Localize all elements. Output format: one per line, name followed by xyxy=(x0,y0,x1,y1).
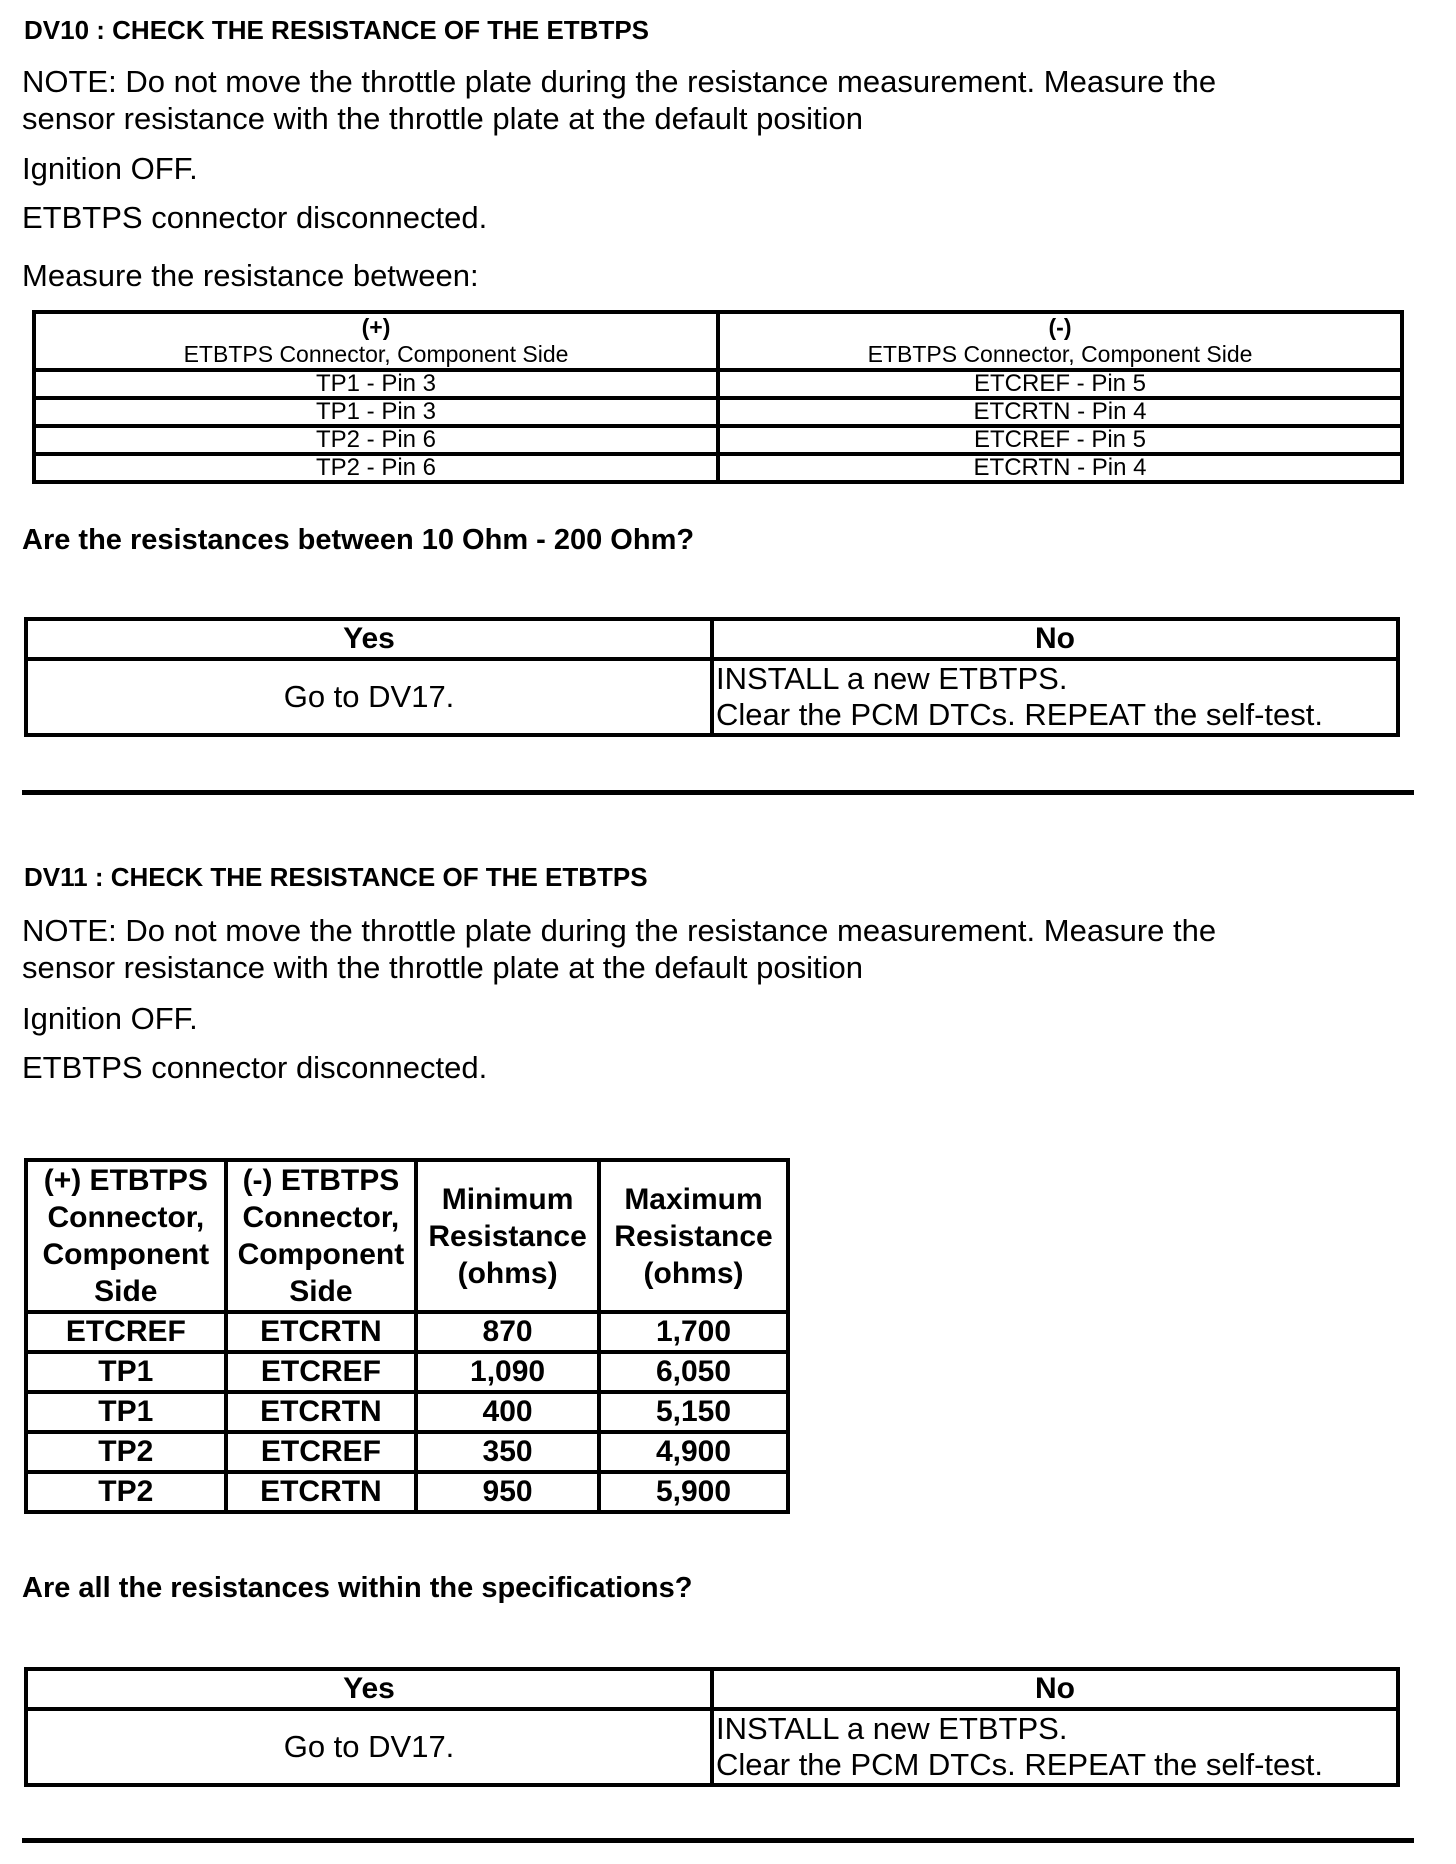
no-action: INSTALL a new ETBTPS. Clear the PCM DTCs… xyxy=(712,659,1398,735)
table-cell: TP2 - Pin 6 xyxy=(34,454,718,482)
negative-lead-header: (-) ETBTPS Connector, Component Side xyxy=(718,312,1402,370)
section-divider xyxy=(22,790,1414,795)
no-header: No xyxy=(712,619,1398,659)
table-row: TP1 - Pin 3 ETCREF - Pin 5 xyxy=(34,370,1402,398)
table-cell: ETCREF xyxy=(26,1312,226,1352)
table-cell: 950 xyxy=(416,1472,599,1512)
dv11-ignition-text: Ignition OFF. xyxy=(22,1000,198,1037)
header-line: Resistance xyxy=(602,1218,785,1255)
table-row: TP2 - Pin 6 ETCRTN - Pin 4 xyxy=(34,454,1402,482)
table-cell: ETCREF - Pin 5 xyxy=(718,370,1402,398)
table-row: ETCREF ETCRTN 870 1,700 xyxy=(26,1312,788,1352)
no-action-line1: INSTALL a new ETBTPS. xyxy=(716,661,1396,697)
dv11-connector-text: ETBTPS connector disconnected. xyxy=(22,1049,487,1086)
negative-sign: (-) xyxy=(720,314,1400,341)
yes-action: Go to DV17. xyxy=(26,1709,712,1785)
header-line: Component xyxy=(29,1236,223,1273)
table-cell: 350 xyxy=(416,1432,599,1472)
table-cell: TP1 xyxy=(26,1352,226,1392)
table-cell: ETCRTN xyxy=(226,1472,417,1512)
table-cell: 870 xyxy=(416,1312,599,1352)
header-line: Side xyxy=(29,1273,223,1310)
header-line: Connector, xyxy=(229,1199,414,1236)
no-action: INSTALL a new ETBTPS. Clear the PCM DTCs… xyxy=(712,1709,1398,1785)
dv11-note-line2: sensor resistance with the throttle plat… xyxy=(22,949,863,986)
dv11-heading: DV11 : CHECK THE RESISTANCE OF THE ETBTP… xyxy=(24,862,648,893)
no-action-line2: Clear the PCM DTCs. REPEAT the self-test… xyxy=(716,697,1396,733)
dv10-measure-text: Measure the resistance between: xyxy=(22,257,479,294)
dv10-ignition-text: Ignition OFF. xyxy=(22,150,198,187)
table-cell: ETCRTN xyxy=(226,1392,417,1432)
table-cell: TP1 - Pin 3 xyxy=(34,370,718,398)
header-line: Resistance xyxy=(419,1218,596,1255)
table-header-row: (+) ETBTPS Connector, Component Side (-)… xyxy=(26,1160,788,1312)
minimum-resistance-header: Minimum Resistance (ohms) xyxy=(416,1160,599,1312)
table-cell: ETCRTN - Pin 4 xyxy=(718,454,1402,482)
header-line: Side xyxy=(229,1273,414,1310)
header-line: Maximum xyxy=(602,1181,785,1218)
header-label: ETBTPS Connector, Component Side xyxy=(868,341,1253,367)
section-divider xyxy=(22,1838,1414,1843)
table-cell: 1,700 xyxy=(599,1312,788,1352)
table-row: TP1 ETCRTN 400 5,150 xyxy=(26,1392,788,1432)
table-cell: 5,150 xyxy=(599,1392,788,1432)
table-cell: ETCREF xyxy=(226,1352,417,1392)
header-line: (-) ETBTPS xyxy=(229,1162,414,1199)
dv10-note-line1: NOTE: Do not move the throttle plate dur… xyxy=(22,63,1216,100)
dv10-connector-text: ETBTPS connector disconnected. xyxy=(22,199,487,236)
header-line: (ohms) xyxy=(602,1255,785,1292)
dv10-measurement-table: (+) ETBTPS Connector, Component Side (-)… xyxy=(32,310,1404,484)
header-label: ETBTPS Connector, Component Side xyxy=(184,341,569,367)
yes-action: Go to DV17. xyxy=(26,659,712,735)
no-header: No xyxy=(712,1669,1398,1709)
table-row: Go to DV17. INSTALL a new ETBTPS. Clear … xyxy=(26,1709,1398,1785)
table-cell: TP2 xyxy=(26,1472,226,1512)
table-cell: 4,900 xyxy=(599,1432,788,1472)
table-cell: ETCREF xyxy=(226,1432,417,1472)
table-cell: ETCRTN - Pin 4 xyxy=(718,398,1402,426)
table-cell: ETCREF - Pin 5 xyxy=(718,426,1402,454)
dv11-decision-table: Yes No Go to DV17. INSTALL a new ETBTPS.… xyxy=(24,1667,1400,1787)
positive-lead-header: (+) ETBTPS Connector, Component Side xyxy=(26,1160,226,1312)
dv11-question: Are all the resistances within the speci… xyxy=(22,1572,692,1605)
table-cell: TP2 - Pin 6 xyxy=(34,426,718,454)
dv11-specification-table: (+) ETBTPS Connector, Component Side (-)… xyxy=(24,1158,790,1514)
dv10-note-line2: sensor resistance with the throttle plat… xyxy=(22,100,863,137)
no-action-line2: Clear the PCM DTCs. REPEAT the self-test… xyxy=(716,1747,1396,1783)
header-line: Minimum xyxy=(419,1181,596,1218)
positive-sign: (+) xyxy=(36,314,716,341)
maximum-resistance-header: Maximum Resistance (ohms) xyxy=(599,1160,788,1312)
table-cell: 6,050 xyxy=(599,1352,788,1392)
dv11-note-line1: NOTE: Do not move the throttle plate dur… xyxy=(22,912,1216,949)
no-action-line1: INSTALL a new ETBTPS. xyxy=(716,1711,1396,1747)
dv10-heading: DV10 : CHECK THE RESISTANCE OF THE ETBTP… xyxy=(24,15,649,46)
table-cell: TP1 - Pin 3 xyxy=(34,398,718,426)
table-row: TP2 ETCREF 350 4,900 xyxy=(26,1432,788,1472)
table-row: TP2 ETCRTN 950 5,900 xyxy=(26,1472,788,1512)
negative-lead-header: (-) ETBTPS Connector, Component Side xyxy=(226,1160,417,1312)
header-line: (+) ETBTPS xyxy=(29,1162,223,1199)
table-row: Go to DV17. INSTALL a new ETBTPS. Clear … xyxy=(26,659,1398,735)
dv10-decision-table: Yes No Go to DV17. INSTALL a new ETBTPS.… xyxy=(24,617,1400,737)
header-line: Connector, xyxy=(29,1199,223,1236)
table-row: TP1 - Pin 3 ETCRTN - Pin 4 xyxy=(34,398,1402,426)
table-header-row: Yes No xyxy=(26,619,1398,659)
table-cell: TP1 xyxy=(26,1392,226,1432)
header-line: (ohms) xyxy=(419,1255,596,1292)
table-row: TP1 ETCREF 1,090 6,050 xyxy=(26,1352,788,1392)
table-cell: ETCRTN xyxy=(226,1312,417,1352)
table-cell: 5,900 xyxy=(599,1472,788,1512)
table-header-row: Yes No xyxy=(26,1669,1398,1709)
table-cell: 1,090 xyxy=(416,1352,599,1392)
positive-lead-header: (+) ETBTPS Connector, Component Side xyxy=(34,312,718,370)
yes-header: Yes xyxy=(26,1669,712,1709)
yes-header: Yes xyxy=(26,619,712,659)
table-cell: 400 xyxy=(416,1392,599,1432)
table-cell: TP2 xyxy=(26,1432,226,1472)
dv10-question: Are the resistances between 10 Ohm - 200… xyxy=(22,524,694,557)
header-line: Component xyxy=(229,1236,414,1273)
table-header-row: (+) ETBTPS Connector, Component Side (-)… xyxy=(34,312,1402,370)
table-row: TP2 - Pin 6 ETCREF - Pin 5 xyxy=(34,426,1402,454)
